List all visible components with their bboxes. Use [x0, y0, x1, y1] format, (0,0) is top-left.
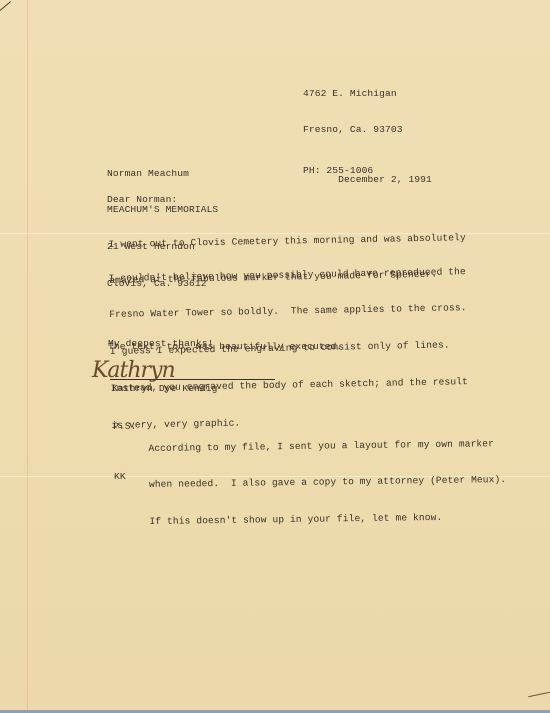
signature-line — [110, 379, 275, 380]
recipient-name: Norman Meachum — [107, 168, 218, 180]
paper-margin-line — [27, 0, 28, 713]
sender-address: 4762 E. Michigan Fresno, Ca. 93703 Decem… — [303, 63, 432, 198]
postscript-line: If this doesn't show up in your file, le… — [149, 511, 506, 528]
sender-phone: PH: 255-1006 — [303, 165, 373, 177]
typist-initials: KK — [114, 471, 126, 483]
paragraph-line: I couldn't believe how you possibly coul… — [108, 266, 465, 285]
postscript-line: According to my file, I sent you a layou… — [148, 438, 505, 455]
corner-mark — [0, 1, 11, 11]
postscript-label: P.S. — [113, 421, 137, 434]
salutation: Dear Norman: — [107, 194, 177, 206]
postscript-body: According to my file, I sent you a layou… — [148, 413, 507, 553]
signer-name: Kathryn Dye Kendig — [112, 383, 217, 395]
date-phone-block: December 2, 1991 PH: 255-1006 — [303, 161, 432, 173]
sender-city: Fresno, Ca. 93703 — [303, 124, 432, 136]
sender-street: 4762 E. Michigan — [303, 88, 432, 100]
postscript-line: when needed. I also gave a copy to my at… — [149, 474, 506, 491]
letter-page: 4762 E. Michigan Fresno, Ca. 93703 Decem… — [0, 0, 550, 713]
corner-curl — [528, 692, 550, 698]
closing: My deepest thanks! — [108, 338, 213, 350]
